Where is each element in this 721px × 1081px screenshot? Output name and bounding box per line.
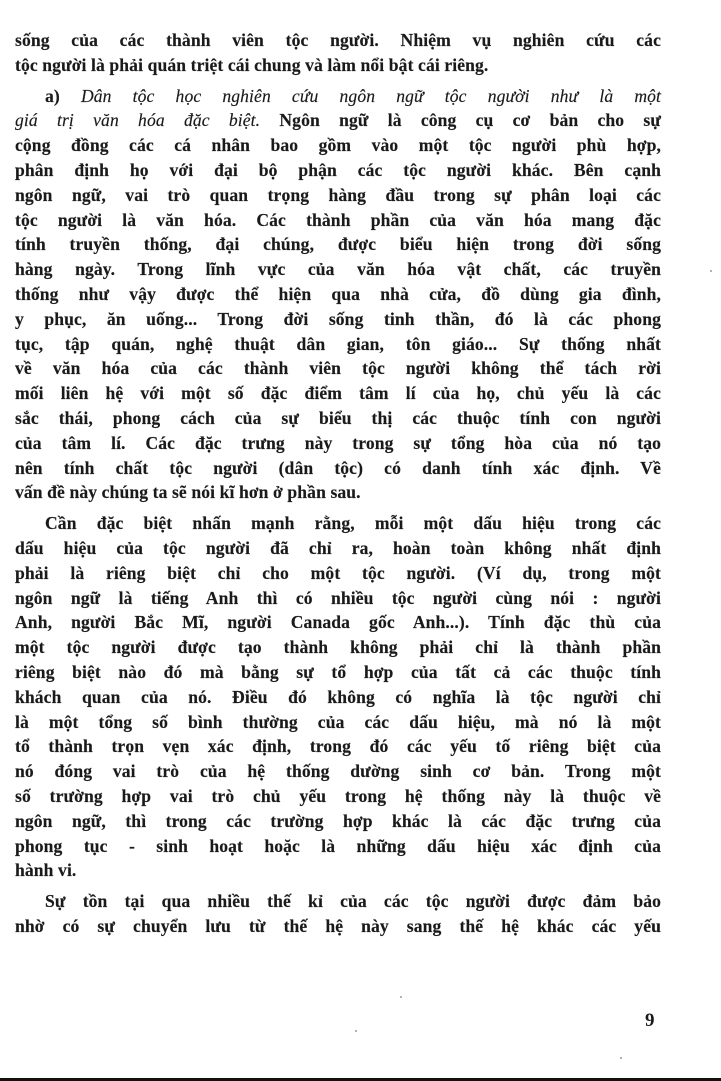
paragraph-ethnic-markers: Cần đặc biệt nhấn mạnh rằng, mỗi một dấu… xyxy=(15,511,661,883)
text-line: phong tục - sinh hoạt hoặc là những dấu … xyxy=(15,834,661,859)
text-line: cộng đồng các cá nhân bao gồm vào một tộ… xyxy=(15,133,661,158)
page-number: 9 xyxy=(645,1010,655,1032)
text-line: ngôn ngữ là tiếng Anh thì có nhiều tộc n… xyxy=(15,586,661,611)
text-line: sống của các thành viên tộc người. Nhiệm… xyxy=(15,28,661,53)
text-line: y phục, ăn uống... Trong đời sống tinh t… xyxy=(15,307,661,332)
text-line: là một tổng số bình thường của các dấu h… xyxy=(15,710,661,735)
text-line: Sự tồn tại qua nhiều thế kỉ của các tộc … xyxy=(15,889,661,914)
book-page-text: sống của các thành viên tộc người. Nhiệm… xyxy=(15,28,661,945)
text-line: về văn hóa của các thành viên tộc người … xyxy=(15,356,661,381)
text-line: của tâm lí. Các đặc trưng này trong sự t… xyxy=(15,431,661,456)
text-line: mối liên hệ với một số đặc điểm tâm lí c… xyxy=(15,381,661,406)
text-line: ngôn ngữ, vai trò quan trọng hàng đầu tr… xyxy=(15,183,661,208)
text-line: tính truyền thống, đại chúng, được biểu … xyxy=(15,232,661,257)
text-line: vấn đề này chúng ta sẽ nói kĩ hơn ở phần… xyxy=(15,480,661,505)
text-line: giá trị văn hóa đặc biệt. Ngôn ngữ là cô… xyxy=(15,108,661,133)
text-line: tổ thành trọn vẹn xác định, trong đó các… xyxy=(15,734,661,759)
text-line: hành vi. xyxy=(15,858,661,883)
text-line: thống như vậy được thể hiện qua nhà cửa,… xyxy=(15,282,661,307)
text-line: nên tính chất tộc người (dân tộc) có dan… xyxy=(15,456,661,481)
text-line: dấu hiệu của tộc người đã chỉ ra, hoàn t… xyxy=(15,536,661,561)
paragraph-continuity: Sự tồn tại qua nhiều thế kỉ của các tộc … xyxy=(15,889,661,939)
paragraph-continuation: sống của các thành viên tộc người. Nhiệm… xyxy=(15,28,661,78)
text-line: khách quan của nó. Điều đó không có nghĩ… xyxy=(15,685,661,710)
text-line: nó đóng vai trò của hệ thống dường sinh … xyxy=(15,759,661,784)
text-line: một tộc người được tạo thành không phải … xyxy=(15,635,661,660)
italic-heading: Dân tộc học nghiên cứu ngôn ngữ tộc ngườ… xyxy=(81,86,661,106)
text-line: riêng biệt nào đó mà bằng sự tổ hợp của … xyxy=(15,660,661,685)
list-marker: a) xyxy=(45,86,60,106)
text-line: sắc thái, phong cách của sự biểu thị các… xyxy=(15,406,661,431)
text-line: tộc người là văn hóa. Các thành phần của… xyxy=(15,208,661,233)
scan-speck xyxy=(355,1030,357,1032)
text-line: hàng ngày. Trong lĩnh vực của văn hóa vậ… xyxy=(15,257,661,282)
text-line: tộc người là phải quán triệt cái chung v… xyxy=(15,53,661,78)
text-line: tục, tập quán, nghệ thuật dân gian, tôn … xyxy=(15,332,661,357)
scan-speck xyxy=(620,1057,622,1059)
text-line: nhờ có sự chuyển lưu từ thế hệ này sang … xyxy=(15,914,661,939)
text-line: phân định họ với đại bộ phận các tộc ngư… xyxy=(15,158,661,183)
text-line: số trường hợp vai trò chủ yếu trong hệ t… xyxy=(15,784,661,809)
scan-speck xyxy=(710,270,712,272)
text-run: Ngôn ngữ là công cụ cơ bản cho sự xyxy=(279,110,661,130)
text-line: Cần đặc biệt nhấn mạnh rằng, mỗi một dấu… xyxy=(15,511,661,536)
text-line: Anh, người Bắc Mĩ, người Canada gốc Anh.… xyxy=(15,610,661,635)
text-line: phải là riêng biệt chỉ cho một tộc người… xyxy=(15,561,661,586)
text-line: a) Dân tộc học nghiên cứu ngôn ngữ tộc n… xyxy=(15,84,661,109)
paragraph-a-language-culture: a) Dân tộc học nghiên cứu ngôn ngữ tộc n… xyxy=(15,84,661,506)
italic-heading: giá trị văn hóa đặc biệt. xyxy=(15,110,260,130)
scan-speck xyxy=(400,996,402,998)
text-line: ngôn ngữ, thì trong các trường hợp khác … xyxy=(15,809,661,834)
